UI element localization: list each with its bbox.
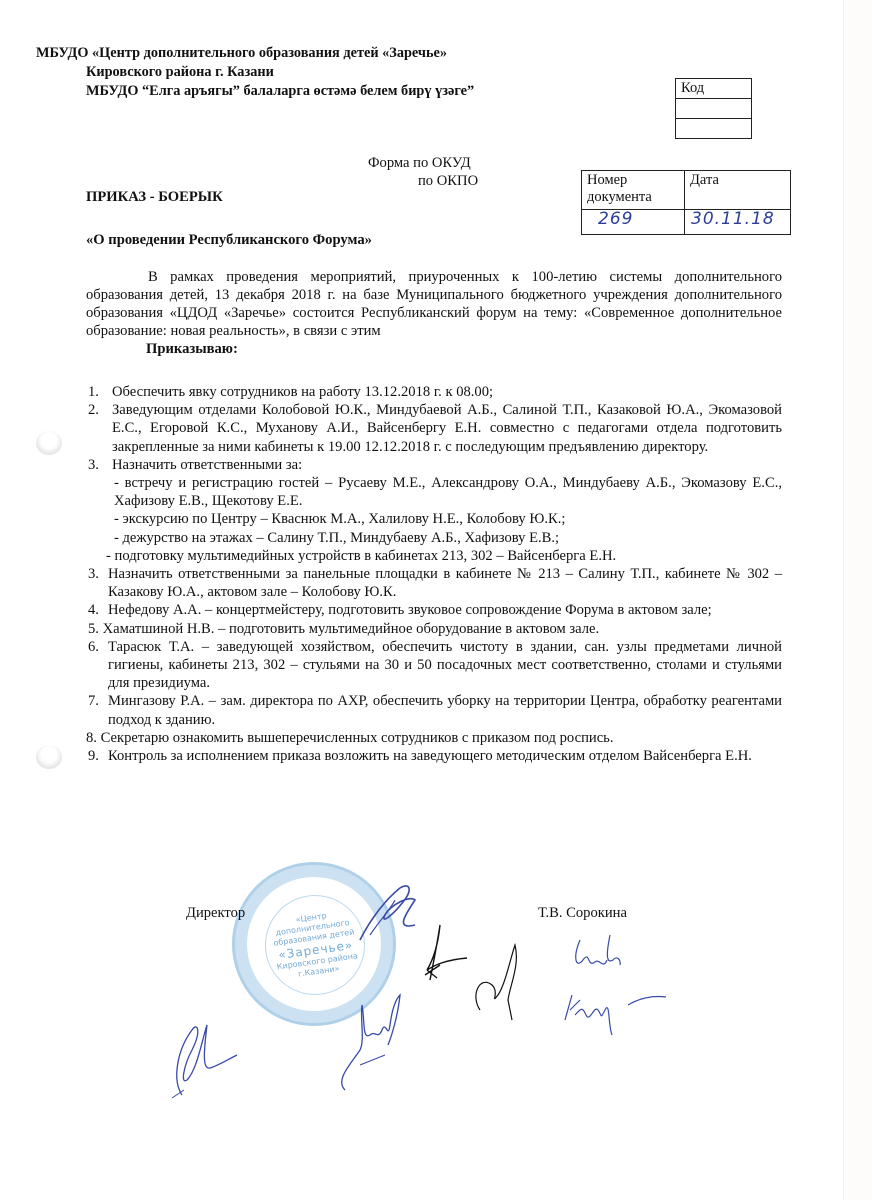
item-number: 3. [88, 456, 99, 474]
punch-hole [36, 431, 62, 455]
document-type: ПРИКАЗ - БОЕРЫК [86, 188, 223, 206]
list-item: 8. Секретарю ознакомить вышеперечисленны… [86, 729, 782, 747]
code-okud-cell [676, 99, 752, 119]
list-item: 1. Обеспечить явку сотрудников на работу… [112, 383, 782, 401]
list-item: 5. Хаматшиной Н.В. – подготовить мультим… [88, 620, 782, 638]
sub-item: - экскурсию по Центру – Кваснюк М.А., Ха… [112, 510, 782, 528]
item-text: Назначить ответственными за панельные пл… [108, 565, 782, 601]
sub-item: - встречу и регистрацию гостей – Русаеву… [112, 474, 782, 510]
item-number: 3. [88, 565, 99, 583]
sub-item: - дежурство на этажах – Салину Т.П., Мин… [112, 529, 782, 547]
org-name-line3: МБУДО “Елга аръягы” балаларга өстәмә бел… [86, 82, 474, 100]
sub-item: - подготовку мультимедийных устройств в … [106, 547, 782, 565]
item-text: Мингазову Р.А. – зам. директора по АХР, … [108, 692, 782, 728]
item-number: 6. [88, 638, 99, 656]
code-header: Код [676, 79, 752, 99]
item-text: Нефедову А.А. – концертмейстеру, подгото… [108, 601, 782, 619]
doc-date-value: 30.11.18 [691, 209, 775, 229]
list-item: 2. Заведующим отделами Колобовой Ю.К., М… [112, 401, 782, 456]
item-text: Назначить ответственными за: [112, 456, 782, 474]
doc-number-value: 269 [598, 209, 633, 229]
item-number: 4. [88, 601, 99, 619]
item-number: 1. [88, 383, 99, 401]
list-item: 7. Мингазову Р.А. – зам. директора по АХ… [108, 692, 782, 728]
signature-icon [565, 930, 645, 980]
item-number: 2. [88, 401, 99, 419]
list-item: 3. Назначить ответственными за: - встреч… [112, 456, 782, 565]
item-text: Контроль за исполнением приказа возложит… [108, 747, 782, 765]
item-text: Секретарю ознакомить вышеперечисленных с… [101, 730, 614, 746]
page-edge-shadow [843, 0, 872, 1200]
preamble: В рамках проведения мероприятий, приуроч… [86, 268, 782, 340]
signature-icon [405, 920, 475, 990]
list-item: 9. Контроль за исполнением приказа возло… [108, 747, 782, 765]
org-name-line2: Кировского района г. Казани [86, 63, 274, 81]
code-okpo-cell [676, 119, 752, 139]
item-number: 9. [88, 747, 99, 765]
okud-label: Форма по ОКУД [368, 154, 471, 172]
doc-number-label-1: Номер [587, 172, 679, 189]
item-number: 5. [88, 621, 99, 637]
order-items-list: 1. Обеспечить явку сотрудников на работу… [112, 383, 782, 765]
org-name-line1: МБУДО «Центр дополнительного образования… [36, 44, 447, 62]
signature-icon [330, 990, 410, 1100]
signatory-position: Директор [186, 904, 245, 922]
signature-icon [560, 985, 670, 1045]
okpo-label: по ОКПО [418, 172, 478, 190]
item-text: Обеспечить явку сотрудников на работу 13… [112, 383, 782, 401]
list-item: 3. Назначить ответственными за панельные… [108, 565, 782, 601]
signature-icon [470, 940, 540, 1020]
list-item: 4. Нефедову А.А. – концертмейстеру, подг… [108, 601, 782, 619]
item-text: Тарасюк Т.А. – заведующей хозяйством, об… [108, 638, 782, 693]
punch-hole [36, 745, 62, 769]
item-text: Заведующим отделами Колобовой Ю.К., Минд… [112, 401, 782, 456]
order-word: Приказываю: [146, 340, 238, 358]
signatory-name: Т.В. Сорокина [538, 904, 627, 922]
list-item: 6. Тарасюк Т.А. – заведующей хозяйством,… [108, 638, 782, 693]
code-table: Код [675, 78, 752, 139]
doc-date-header: Дата [685, 171, 791, 210]
document-title: «О проведении Республиканского Форума» [86, 231, 372, 249]
item-number: 7. [88, 692, 99, 710]
item-text: Хаматшиной Н.В. – подготовить мультимеди… [103, 621, 600, 637]
doc-number-table: Номер документа Дата 269 30.11.18 [581, 170, 791, 235]
item-number: 8. [86, 730, 97, 746]
doc-number-label-2: документа [587, 189, 679, 206]
signature-icon [162, 1000, 252, 1100]
doc-number-header: Номер документа [582, 171, 685, 210]
